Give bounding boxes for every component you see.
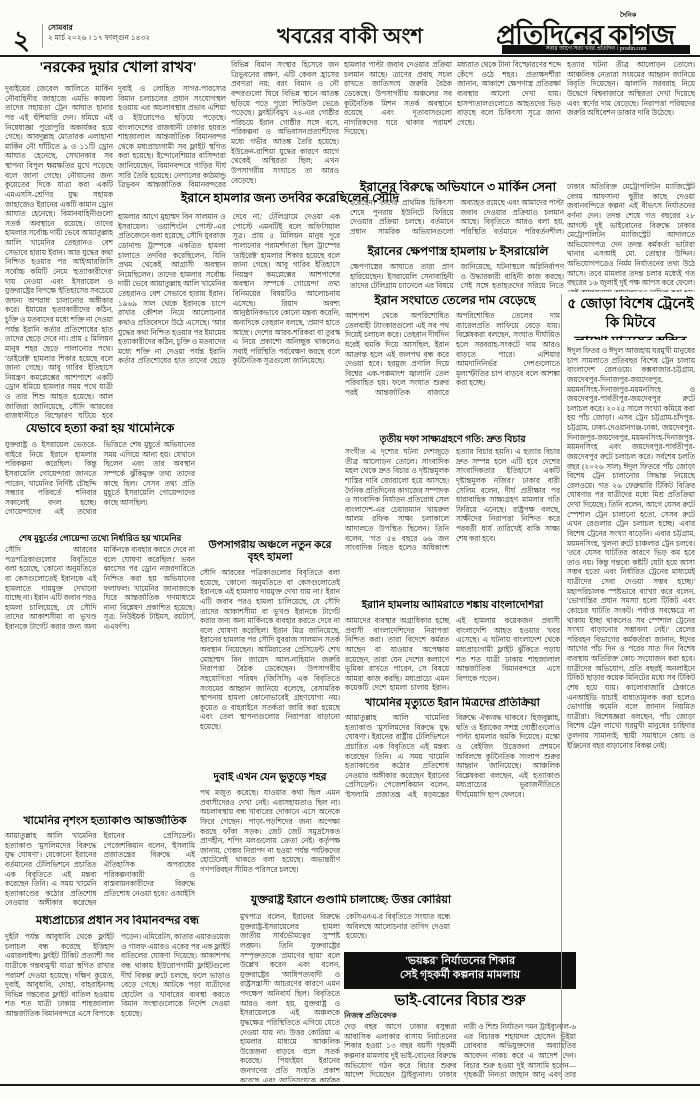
- article-body: হামলার আগে মুহাম্মদ বিন সালমান ও ইসরায়ে…: [118, 212, 340, 418]
- headline-dubai-ghost: দুবাই এখন যেন ভুতুড়ে শহর: [200, 772, 340, 786]
- article-body: আয়াতুল্লাহ আলি খামেনির হত্যাকাণ্ড 'মুসল…: [5, 831, 195, 911]
- page-number: ২: [13, 20, 39, 54]
- article-body: কেসিএনএ-র বিবৃতিতে সংঘাত বন্ধে অবিলম্বে …: [346, 912, 450, 948]
- article-body: সৌদি আরবের পত্রিকাগুলোর বিবৃতিতে বলা হয়…: [200, 568, 340, 768]
- article-body: মুখপাত্র বলেন, ইরানের বিরুদ্ধে যুক্তরাষ্…: [240, 912, 340, 1082]
- article-body: আমাদের ব্যবস্থার অগ্রাধিকার হচ্ছে প্রবাস…: [345, 616, 560, 694]
- headline-north-korea: যুক্তরাষ্ট্র ইরানে গুণ্ডামি চালাচ্ছে: উত…: [240, 894, 462, 909]
- headline-uae-bangladeshis: ইরানি হামলায় আমিরাতে শঙ্কায় বাংলাদেশির…: [345, 600, 560, 614]
- article-body: ঈদুল ফিতর ও ঈদুল আজহায় ঘরমুখী মানুষের চ…: [567, 346, 695, 1080]
- header-divider: [42, 24, 43, 48]
- date-label: ২ মার্চ ২০২৬ । ১৭ ফাল্গুন ১৪৩২: [48, 33, 198, 43]
- article-body: দেড় বছর আগে ঢাকার বসুন্ধরা আবাসিক এলাকা…: [344, 1022, 576, 1080]
- column-rule: [561, 294, 562, 1080]
- train-headline-line1: ৫ জোড়া বিশেষ ট্রেনেই কি মিটবে: [565, 296, 696, 334]
- article-body: মধ্যরাত থেকে টানা বিস্ফোরণের শব্দে কেঁপে…: [457, 60, 561, 178]
- article-body: দুইটা পর্যন্ত আবুধাবি থেকে ফ্লাইট চলাচল …: [5, 932, 230, 1082]
- article-body: ঢাকার অতিরিক্ত মেট্রোপলিটন ম্যাজিস্ট্রেট…: [567, 182, 695, 292]
- header-rule: [0, 55, 700, 57]
- headline-airports-closed: মধ্যপ্রাচ্যের প্রধান সব বিমানবন্দর বন্ধ: [15, 915, 220, 929]
- day-label: সোমবার: [48, 23, 198, 33]
- headline-hell-gate: 'নরকের দুয়ার খোলা রাখব': [5, 60, 231, 80]
- section-title: খবরের বাকী অংশ: [230, 20, 470, 50]
- subhead-khamenei-intel: শেষ মুহূর্তের গোয়েন্দা তথ্যে নির্ধারিত …: [5, 532, 195, 543]
- article-body: যুক্তরাষ্ট্র ও ইসরায়েল ভেতরে-বাইরে নিয়…: [5, 440, 195, 530]
- headline-kalpana-box: 'ভয়ঙ্কর' নির্যাতনের শিকার সেই গৃহকর্মী …: [344, 952, 576, 989]
- headline-us-soldiers: ইরানের বিরুদ্ধে অভিযানে ৩ মার্কিন সেনা: [352, 180, 564, 196]
- article-body: হয়েছেন। তাদের প্রাথমিক চিকিৎসা শেষে পুন…: [350, 198, 564, 242]
- headline-eid-train: ৫ জোড়া বিশেষ ট্রেনেই কি মিটবে লাখো মানু…: [565, 296, 696, 340]
- article-body: আশপাশ থেকে অপরিশোধিত তেলবাহী ট্যাংকারগুল…: [345, 311, 560, 431]
- article-body: পথ মজুত করেছে। যাওয়ার কথা ছিল এমন প্রবা…: [200, 788, 340, 888]
- dateline: সোমবার ২ মার্চ ২০২৬ । ১৭ ফাল্গুন ১৪৩২: [48, 23, 198, 51]
- article-body: দুবাইয়ের জেবেল আলিতে মার্কিন নৌবাহিনীর …: [5, 84, 113, 420]
- headline-allies-reaction: খামেনির মৃত্যুতে ইরান মিত্রদের প্রতিক্রি…: [345, 697, 560, 711]
- article-body: ক্ষেপণাস্ত্রের আঘাতে তারা প্রাণ হারিয়েছ…: [350, 262, 564, 292]
- byline-kalpana: নিজস্ব প্রতিবেদক: [344, 1010, 464, 1020]
- article-body: বিভিন্ন বিমান সংস্থার হিসেবে জন ত্রিভুবন…: [231, 60, 339, 188]
- headline-khamenei-how: যেভাবে হত্যা করা হয় খামেনিকে: [5, 422, 195, 438]
- newspaper-page: ২ সোমবার ২ মার্চ ২০২৬ । ১৭ ফাল্গুন ১৪৩২ …: [0, 0, 700, 1100]
- article-body: সৌদি আরবের পত্রপত্রিকাগুলোর বিবৃতিতে বলা…: [5, 545, 195, 811]
- article-body: সংগীত এ দৃশ্যের ঘটনা দেশজুড়ে তীব্র আলোড…: [345, 447, 560, 597]
- subhead-trial-pace: তৃতীয় দফা সাক্ষ্যগ্রহণে গতি: দ্রুত বিচা…: [345, 433, 560, 445]
- headline-khamenei-intl: খামেনির নৃশংস হত্যাকাণ্ড আন্তর্জাতিক: [5, 815, 205, 829]
- newspaper-logo: দৈনিক প্রতিদিনের কাগজ সবার আগে সত্য খবর …: [492, 8, 696, 54]
- article-body: দুবাই ও লোহিত সাগর-পারস্যের বিমান চলাচলে…: [118, 84, 226, 188]
- article-body: আয়াতুল্লাহ আলি খামেনির হত্যাকাণ্ড 'মুসল…: [345, 713, 560, 889]
- logo-title: প্রতিদিনের কাগজ: [496, 15, 696, 47]
- kalpana-box-line1: 'ভয়ঙ্কর' নির্যাতনের শিকার: [344, 955, 576, 969]
- article-body: হামলার পাল্টা জবাব দেওয়ার প্রক্রিয়া চল…: [344, 60, 452, 178]
- headline-oil-price: ইরান সংঘাতে তেলের দাম বেড়েছে: [355, 294, 555, 309]
- logo-tagline: সবার আগে সত্য খবর প্রতিদিন । prodin.com: [502, 45, 690, 54]
- kalpana-box-line2: সেই গৃহকর্মী কল্পনার মামলায়: [344, 969, 576, 983]
- article-body: হত্যার ঘটনা তীব্র আলোড়ন তোলে। আঞ্চলিক ন…: [567, 60, 695, 178]
- headline-missile-strike: ইরানের ক্ষেপণাস্ত্র হামলায় ৮ ইসরায়েলি: [352, 245, 564, 260]
- footer-rule: [0, 1084, 700, 1086]
- headline-kalpana-main: ভাই-বোনের বিচার শুরু: [344, 990, 576, 1008]
- headline-gulf-attack: উপসাগরীয় অঞ্চলে নতুন করে বৃহৎ হামলা: [200, 540, 340, 566]
- train-headline-line2: লাখো মানুষের স্বস্তির ঈদযাত্রা?: [565, 334, 696, 340]
